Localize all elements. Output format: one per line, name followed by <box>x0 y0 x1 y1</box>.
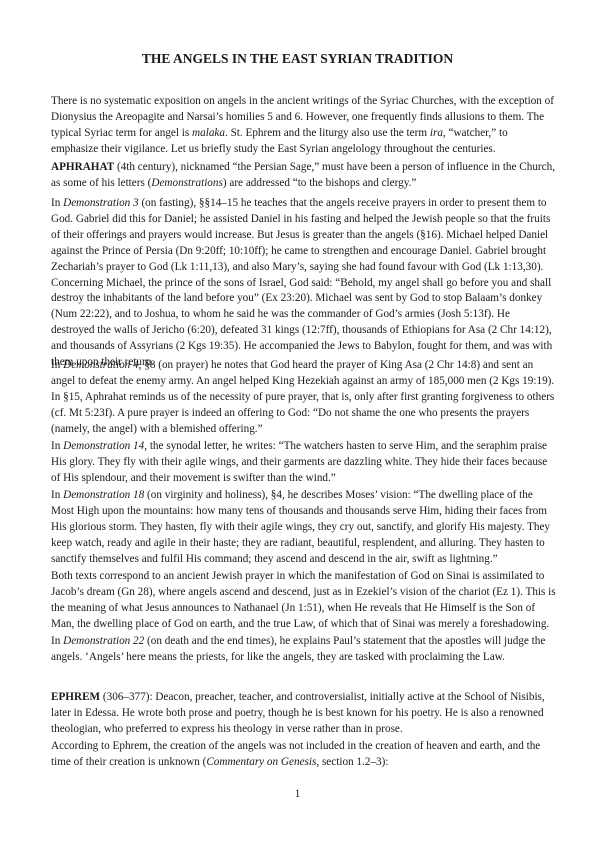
aphrahat-demonstration-18-paragraph: In Demonstration 18 (on virginity and ho… <box>51 488 556 568</box>
work-title: Commentary on Genesis <box>206 756 316 768</box>
aphrahat-demonstration-4-paragraph: In Demonstration 4, §8 (on prayer) he no… <box>51 358 556 438</box>
syriac-term-malaka: malaka <box>192 127 225 139</box>
work-title: Demonstrations <box>151 177 222 189</box>
paragraph-text: , section 1.2–3): <box>316 756 388 768</box>
document-title: THE ANGELS IN THE EAST SYRIAN TRADITION <box>0 51 595 67</box>
paragraph-text: In <box>51 359 63 371</box>
paragraph-text: In <box>51 440 63 452</box>
aphrahat-intro-paragraph: APHRAHAT (4th century), nicknamed “the P… <box>51 160 556 192</box>
aphrahat-jewish-prayer-paragraph: Both texts correspond to an ancient Jewi… <box>51 569 556 633</box>
work-title: Demonstration 18 <box>63 489 144 501</box>
aphrahat-demonstration-22-paragraph: In Demonstration 22 (on death and the en… <box>51 634 556 666</box>
work-title: Demonstration 22 <box>63 635 144 647</box>
page-number: 1 <box>0 788 595 800</box>
section-heading-aphrahat: APHRAHAT <box>51 161 114 173</box>
ephrem-intro-paragraph: EPHREM (306–377): Deacon, preacher, teac… <box>51 690 556 738</box>
aphrahat-demonstration-14-paragraph: In Demonstration 14, the synodal letter,… <box>51 439 556 487</box>
paragraph-text: Both texts correspond to an ancient Jewi… <box>51 570 556 630</box>
ephrem-creation-paragraph: According to Ephrem, the creation of the… <box>51 739 556 771</box>
intro-paragraph: There is no systematic exposition on ang… <box>51 94 556 158</box>
paragraph-text: In <box>51 635 63 647</box>
paragraph-text: In <box>51 197 63 209</box>
work-title: Demonstration 14 <box>63 440 144 452</box>
section-heading-ephrem: EPHREM <box>51 691 100 703</box>
work-title: Demonstration 4 <box>63 359 139 371</box>
aphrahat-demonstration-3-paragraph: In Demonstration 3 (on fasting), §§14–15… <box>51 196 556 371</box>
paragraph-text: In <box>51 489 63 501</box>
intro-text: . St. Ephrem and the liturgy also use th… <box>225 127 430 139</box>
work-title: Demonstration 3 <box>63 197 139 209</box>
syriac-term-ira: ira <box>430 127 443 139</box>
paragraph-text: (306–377): Deacon, preacher, teacher, an… <box>51 691 545 735</box>
paragraph-text: ) are addressed “to the bishops and cler… <box>223 177 417 189</box>
paragraph-text: (on fasting), §§14–15 he teaches that th… <box>51 197 552 368</box>
